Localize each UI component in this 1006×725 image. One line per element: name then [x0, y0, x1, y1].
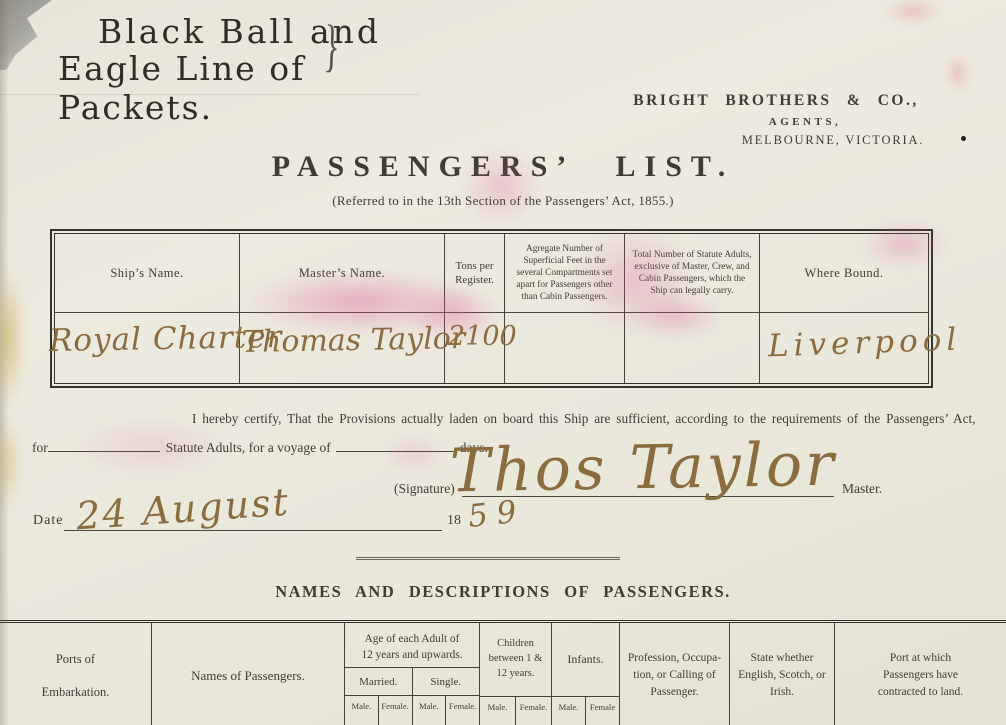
red-mark: [884, 0, 942, 22]
single-female-header: Female.: [446, 696, 479, 725]
page-subtitle: (Referred to in the 13th Section of the …: [0, 193, 1006, 209]
cell-where-bound: Liverpool: [760, 313, 928, 383]
handwritten-master-name: Thomas Taylor: [242, 321, 466, 360]
cell-ships-name: Royal Charter: [55, 313, 240, 383]
col-nationality: State whether English, Scotch, or Irish.: [730, 623, 835, 725]
children-male-header: Male.: [480, 697, 516, 725]
passenger-section-heading: NAMES AND DESCRIPTIONS OF PASSENGERS.: [0, 582, 1006, 602]
children-header: Children between 1 & 12 years.: [480, 623, 551, 697]
statute-adults-blank-field: [48, 437, 160, 452]
statute-adults-label: Statute Adults, for a voyage of: [166, 440, 331, 456]
line-masthead: Black Ball and Eagle Line of Packets.: [58, 12, 398, 127]
double-rule-divider: [356, 557, 620, 560]
age-header: Age of each Adult of 12 years and upward…: [345, 623, 479, 668]
col-children: Children between 1 & 12 years. Male. Fem…: [480, 623, 552, 725]
col-profession: Profession, Occupa- tion, or Calling of …: [620, 623, 730, 725]
masthead-brace-mark: }: [323, 11, 341, 80]
married-male-header: Male.: [345, 696, 379, 725]
passenger-table: Ports of Embarkation. Names of Passenger…: [0, 620, 1006, 725]
certification-fill-line: for Statute Adults, for a voyage of days…: [32, 437, 488, 456]
col-header-superficial-feet: Agregate Number of Superficial Feet in t…: [505, 234, 625, 313]
infants-header: Infants.: [552, 623, 619, 697]
yellow-stain: [0, 415, 20, 510]
children-female-header: Female.: [516, 697, 551, 725]
ink-dot: [961, 136, 966, 141]
torn-corner: [0, 0, 52, 70]
cell-superficial-feet: [505, 313, 625, 383]
single-male-header: Male.: [413, 696, 447, 725]
scanned-passenger-list-document: Black Ball and Eagle Line of Packets. } …: [0, 0, 1006, 725]
certification-body: I hereby certify, That the Provisions ac…: [32, 411, 982, 427]
for-label: for: [32, 440, 48, 456]
handwritten-where-bound: Liverpool: [767, 322, 961, 365]
cell-statute-adults: [625, 313, 760, 383]
col-header-ships-name: Ship’s Name.: [55, 234, 240, 313]
married-header: Married.: [345, 668, 413, 695]
col-port-contracted-to-land: Port at which Passengers have contracted…: [835, 623, 1006, 725]
col-infants: Infants. Male. Female: [552, 623, 620, 725]
agents-name: BRIGHT BROTHERS & CO.,: [598, 92, 954, 110]
age-male-female-row: Male. Female. Male. Female.: [345, 696, 479, 725]
handwritten-year: 59: [466, 493, 527, 535]
infants-female-header: Female: [586, 697, 619, 725]
infants-male-female-row: Male. Female: [552, 697, 619, 725]
ship-summary-table: Ship’s Name. Master’s Name. Tons per Reg…: [50, 229, 933, 388]
col-header-statute-adults: Total Number of Statute Adults, exclusiv…: [625, 234, 760, 313]
master-label: Master.: [842, 481, 882, 497]
col-header-masters-name: Master’s Name.: [240, 234, 445, 313]
signature-label: (Signature): [394, 481, 455, 497]
cell-masters-name: Thomas Taylor: [240, 313, 445, 383]
married-female-header: Female.: [379, 696, 413, 725]
printed-year-prefix: 18: [447, 513, 461, 529]
date-label: Date: [33, 513, 63, 529]
masthead-line1: Black Ball and: [98, 12, 398, 51]
single-header: Single.: [413, 668, 480, 695]
red-mark: [948, 54, 968, 92]
agents-block: BRIGHT BROTHERS & CO., AGENTS, MELBOURNE…: [598, 92, 954, 148]
col-names-of-passengers: Names of Passengers.: [152, 623, 345, 725]
infants-male-header: Male.: [552, 697, 586, 725]
children-male-female-row: Male. Female.: [480, 697, 551, 725]
cell-tons: 2100: [445, 313, 505, 383]
col-header-where-bound: Where Bound.: [760, 234, 928, 313]
voyage-days-blank-field: [336, 437, 454, 452]
agents-role: AGENTS,: [598, 116, 954, 128]
col-age-of-adults: Age of each Adult of 12 years and upward…: [345, 623, 480, 725]
paper-edge-shading: [0, 0, 9, 725]
col-ports-of-embarkation: Ports of Embarkation.: [0, 623, 152, 725]
masthead-line2: Eagle Line of Packets.: [58, 49, 398, 127]
married-single-row: Married. Single.: [345, 668, 479, 696]
col-header-tons-per-register: Tons per Register.: [445, 234, 505, 313]
yellow-stain: [0, 265, 24, 410]
page-title: PASSENGERS’ LIST.: [0, 150, 1006, 184]
agents-location: MELBOURNE, VICTORIA.: [598, 133, 954, 148]
